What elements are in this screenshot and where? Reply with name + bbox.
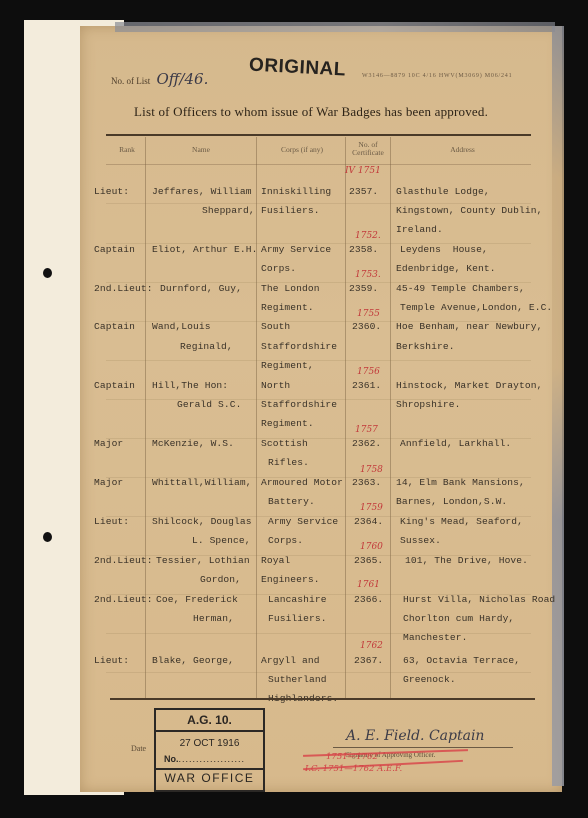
rank: Major xyxy=(94,477,123,488)
name-line: Whittall,William, xyxy=(152,477,252,488)
red-note: 1751—1762 xyxy=(326,752,378,762)
document-title: List of Officers to whom issue of War Ba… xyxy=(134,104,488,120)
col-rank: Rank xyxy=(108,146,146,154)
red-cert-number: 1759 xyxy=(360,503,383,513)
corps-line: Regiment, xyxy=(261,360,314,371)
address-line: Shropshire. xyxy=(396,399,460,410)
address-line: Sussex. xyxy=(400,535,441,546)
red-cert-number: 1761 xyxy=(357,580,380,590)
cert-number: 2366. xyxy=(354,594,383,605)
address-line: Berkshire. xyxy=(396,341,455,352)
cert-number: 2358. xyxy=(349,244,378,255)
address-line: 63, Octavia Terrace, xyxy=(403,655,520,666)
rank: Lieut: xyxy=(94,516,129,527)
corps-line: Fusiliers. xyxy=(268,613,327,624)
column-divider xyxy=(256,137,257,699)
ruled-line xyxy=(106,360,531,361)
name-line: Gordon, xyxy=(200,574,241,585)
red-cert-number: 1762 xyxy=(360,641,383,651)
corps-line: Inniskilling xyxy=(261,186,331,197)
corps-line: Sutherland xyxy=(268,674,327,685)
name-line: Blake, George, xyxy=(152,655,234,666)
address-line: Edenbridge, Kent. xyxy=(396,263,496,274)
name-line: Gerald S.C. xyxy=(177,399,241,410)
rank: 2nd.Lieut: xyxy=(94,283,153,294)
corps-line: Corps. xyxy=(268,535,303,546)
address-line: Manchester. xyxy=(403,632,467,643)
corps-line: Army Service xyxy=(261,244,331,255)
red-cert-number: 1755 xyxy=(357,309,380,319)
name-line: L. Spence, xyxy=(192,535,251,546)
rank: Captain xyxy=(94,380,135,391)
name-line: Hill,The Hon: xyxy=(152,380,228,391)
corps-line: South xyxy=(261,321,290,332)
corps-line: Staffordshire xyxy=(261,399,337,410)
corps-line: Battery. xyxy=(268,496,315,507)
ruled-line xyxy=(106,203,531,204)
corps-line: Argyll and xyxy=(261,655,320,666)
name-line: McKenzie, W.S. xyxy=(152,438,234,449)
cert-number: 2360. xyxy=(352,321,381,332)
name-line: Durnford, Guy, xyxy=(160,283,242,294)
address-line: Barnes, London,S.W. xyxy=(396,496,507,507)
red-cert-number: 1760 xyxy=(360,542,383,552)
list-number-value: Off/46. xyxy=(157,70,209,88)
address-line: 14, Elm Bank Mansions, xyxy=(396,477,525,488)
address-line: Hinstock, Market Drayton, xyxy=(396,380,542,391)
corps-line: Rifles. xyxy=(268,457,309,468)
name-line: Wand,Louis xyxy=(152,321,211,332)
signature-line xyxy=(333,747,513,748)
column-divider xyxy=(390,137,391,699)
rank: Captain xyxy=(94,321,135,332)
red-note: I.C. 1751—1762 A.E.F. xyxy=(305,764,402,774)
paper-edge-right xyxy=(552,26,564,786)
bottom-rule xyxy=(110,698,535,700)
corps-line: Regiment. xyxy=(261,418,314,429)
address-line: Leydens House, xyxy=(400,244,488,255)
corps-line: Armoured Motor xyxy=(261,477,343,488)
name-line: Jeffares, William xyxy=(152,186,252,197)
corps-line: Lancashire xyxy=(268,594,327,605)
red-cert-number: 1756 xyxy=(357,367,380,377)
stamp-war-office: WAR OFFICE xyxy=(156,771,263,785)
name-line: Eliot, Arthur E.H. xyxy=(152,244,257,255)
cert-number: 2362. xyxy=(352,438,381,449)
corps-line: Engineers. xyxy=(261,574,320,585)
paper-edge-top xyxy=(115,22,555,32)
address-line: Chorlton cum Hardy, xyxy=(403,613,514,624)
red-cert-number: 1753. xyxy=(355,270,381,280)
name-line: Coe, Frederick xyxy=(156,594,238,605)
cert-number: 2357. xyxy=(349,186,378,197)
stamp-divider xyxy=(156,730,263,732)
col-certificate: No. of Certificate xyxy=(346,141,390,157)
cert-number: 2361. xyxy=(352,380,381,391)
rank: Captain xyxy=(94,244,135,255)
corps-line: The London xyxy=(261,283,320,294)
col-name: Name xyxy=(146,146,256,154)
address-line: Hoe Benham, near Newbury, xyxy=(396,321,542,332)
name-line: Reginald, xyxy=(180,341,233,352)
name-line: Tessier, Lothian xyxy=(156,555,250,566)
address-line: Annfield, Larkhall. xyxy=(400,438,511,449)
address-line: 101, The Drive, Hove. xyxy=(405,555,528,566)
corps-line: North xyxy=(261,380,290,391)
cert-number: 2363. xyxy=(352,477,381,488)
date-label: Date xyxy=(131,744,146,753)
address-line: Greenock. xyxy=(403,674,456,685)
rank: 2nd.Lieut: xyxy=(94,594,153,605)
address-line: King's Mead, Seaford, xyxy=(400,516,523,527)
punch-hole-bottom xyxy=(43,532,52,542)
address-line: Ireland. xyxy=(396,224,443,235)
top-rule xyxy=(106,134,531,136)
red-cert-number: 1758 xyxy=(360,465,383,475)
col-corps: Corps (if any) xyxy=(258,146,346,154)
punch-hole-top xyxy=(43,268,52,278)
address-line: Kingstown, County Dublin, xyxy=(396,205,542,216)
red-cert-number: 1752. xyxy=(355,231,381,241)
rank: 2nd.Lieut: xyxy=(94,555,153,566)
corps-line: Corps. xyxy=(261,263,296,274)
corps-line: Royal xyxy=(261,555,290,566)
ruled-line xyxy=(106,672,531,673)
rank: Lieut: xyxy=(94,655,129,666)
column-divider xyxy=(145,137,146,699)
name-line: Herman, xyxy=(193,613,234,624)
stamp-no: No.................... xyxy=(164,754,271,764)
cert-number: 2367. xyxy=(354,655,383,666)
rank: Lieut: xyxy=(94,186,129,197)
name-line: Sheppard, xyxy=(202,205,255,216)
war-office-stamp: A.G. 10. 27 OCT 1916 No.................… xyxy=(154,708,265,792)
red-cert-number: 1757 xyxy=(355,425,378,435)
red-cert-number: IV 1751 xyxy=(345,166,381,176)
stamp-divider xyxy=(156,768,263,770)
col-address: Address xyxy=(394,146,531,154)
list-number-label: No. of List xyxy=(111,76,150,86)
corps-line: Fusiliers. xyxy=(261,205,320,216)
address-line: Temple Avenue,London, E.C. xyxy=(400,302,552,313)
address-line: Hurst Villa, Nicholas Road xyxy=(403,594,555,605)
list-number: No. of List Off/46. xyxy=(111,70,208,88)
address-line: 45-49 Temple Chambers, xyxy=(396,283,525,294)
signature: A. E. Field. Captain xyxy=(346,728,484,744)
rank: Major xyxy=(94,438,123,449)
address-line: Glasthule Lodge, xyxy=(396,186,490,197)
corps-line: Regiment. xyxy=(261,302,314,313)
cert-number: 2365. xyxy=(354,555,383,566)
corps-line: Staffordshire xyxy=(261,341,337,352)
printer-mark: W3146—8879 10C 4/16 HWV(M3069) M06/241 xyxy=(362,73,512,79)
column-divider xyxy=(345,137,346,699)
corps-line: Scottish xyxy=(261,438,308,449)
stamp-ag10: A.G. 10. xyxy=(156,713,263,727)
cert-number: 2364. xyxy=(354,516,383,527)
stamp-date: 27 OCT 1916 xyxy=(156,738,263,749)
corps-line: Army Service xyxy=(268,516,338,527)
name-line: Shilcock, Douglas xyxy=(152,516,252,527)
stamp-no-label: No. xyxy=(164,754,179,764)
table-header: Rank Name Corps (if any) No. of Certific… xyxy=(106,138,531,165)
cert-number: 2359. xyxy=(349,283,378,294)
